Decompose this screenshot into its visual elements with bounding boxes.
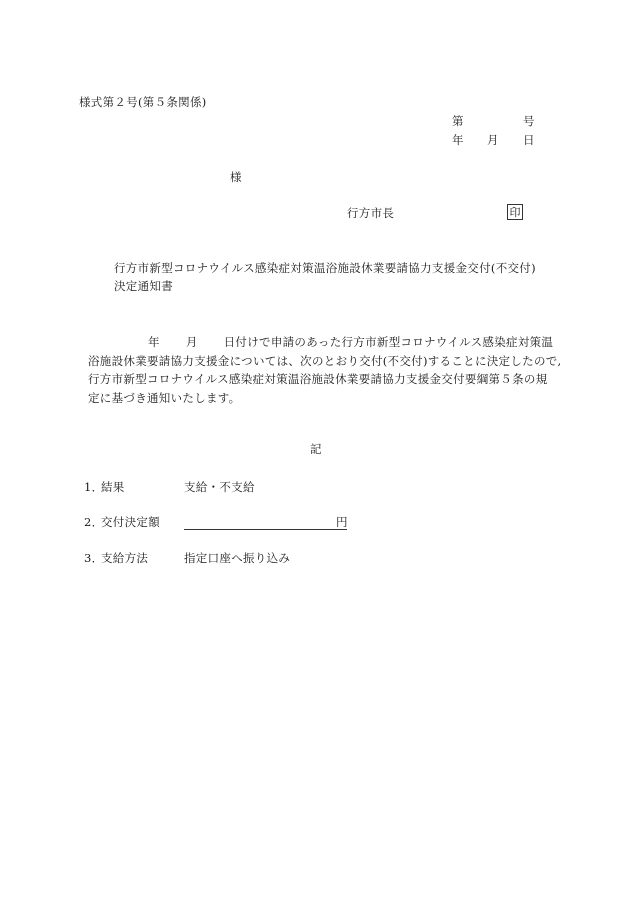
document-title-line2: 決定通知書 [114,281,173,293]
doc-number-prefix: 第 [452,116,464,128]
amount-blank-underline [184,529,347,530]
item-value: 支給・不支給 [184,482,255,494]
item-value: 指定口座へ振り込み [184,553,290,565]
body-paragraph: 年月日付けで申請のあった行方市新型コロナウイルス感染症対策温 浴施設休業要請協力… [88,333,558,407]
doc-number-suffix: 号 [523,116,535,128]
currency-unit: 円 [336,517,348,529]
body-year-label: 年 [148,335,160,349]
body-line1-text: 日付けで申請のあった行方市新型コロナウイルス感染症対策温 [224,335,554,349]
form-number: 様式第２号(第５条関係) [79,97,207,109]
date-day-label: 日 [523,135,535,147]
body-line-1: 年月日付けで申請のあった行方市新型コロナウイルス感染症対策温 [88,333,558,352]
item-label: 結果 [101,482,125,494]
seal-stamp-icon: 印 [507,204,523,220]
body-line-3: 行方市新型コロナウイルス感染症対策温浴施設休業要請協力支援金交付要綱第５条の規 [88,370,558,389]
body-line-2: 浴施設休業要請協力支援金については、次のとおり交付(不交付)することに決定したの… [88,352,558,371]
addressee-honorific: 様 [230,172,242,184]
date-month-label: 月 [487,135,499,147]
note-heading: 記 [310,444,322,456]
date-year-label: 年 [452,135,464,147]
document-title-line1: 行方市新型コロナウイルス感染症対策温浴施設休業要請協力支援金交付(不交付) [114,263,536,275]
item-label: 支給方法 [101,553,148,565]
issuer-title: 行方市長 [347,208,394,220]
item-label: 交付決定額 [101,517,160,529]
body-line-4: 定に基づき通知いたします。 [88,389,558,408]
body-month-label: 月 [186,335,198,349]
